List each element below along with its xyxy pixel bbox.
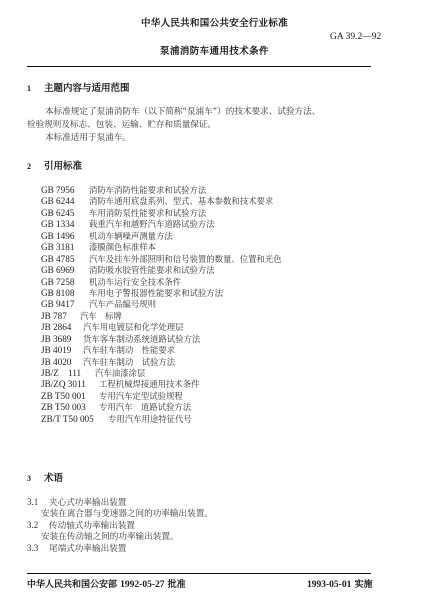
section-number: 1 (27, 84, 44, 93)
reference-code: GB 1334 (41, 219, 89, 230)
reference-code: GB 1496 (41, 231, 89, 242)
reference-code: GB 3181 (41, 242, 89, 253)
effective-label: 实施 (354, 580, 372, 590)
reference-title: 汽车产品编号规则 (89, 299, 156, 309)
reference-item: JB/Z 111汽车油漆涂层 (41, 368, 282, 379)
reference-code: GB 9417 (41, 299, 89, 310)
section-1-heading: 1主题内容与适用范围 (27, 80, 130, 94)
term-heading: 3.1夹心式功率输出装置 (27, 497, 213, 509)
term-number: 3.3 (27, 543, 49, 555)
term-name: 尾端式功率输出装置 (49, 544, 126, 554)
reference-code: GB 6244 (41, 196, 89, 207)
document-title: 泵浦消防车通用技术条件 (0, 43, 429, 57)
reference-item: GB 3181漆膜颜色标准样本 (41, 242, 282, 253)
issuer-title: 中华人民共和国公共安全行业标准 (0, 15, 429, 29)
reference-code: GB 6245 (41, 208, 89, 219)
footer-approval: 中华人民共和国公安部 1992-05-27 批准 (27, 577, 186, 590)
section-title: 术语 (44, 473, 63, 484)
reference-item: JB 4019汽车驻车制动 性能要求 (41, 345, 282, 356)
reference-title: 专用汽车 道路试验方法 (99, 402, 191, 412)
reference-code: ZB T50 003 (41, 402, 99, 413)
reference-title: 消防车消防性能要求和试验方法 (89, 185, 206, 195)
reference-item: GB 9417汽车产品编号规则 (41, 299, 282, 310)
reference-code: JB 787 (41, 311, 80, 322)
reference-item: GB 7258机动车运行安全技术条件 (41, 277, 282, 288)
term-name: 传动轴式功率输出装置 (49, 521, 135, 531)
reference-title: 汽车及挂车外部照明和信号装置的数量、位置和光色 (89, 254, 282, 264)
reference-item: GB 1496机动车辆噪声测量方法 (41, 231, 282, 242)
term-heading: 3.2传动轴式功率输出装置 (27, 520, 213, 532)
reference-title: 汽车 标牌 (80, 311, 122, 321)
reference-item: GB 6245车用消防泵性能要求和试验方法 (41, 208, 282, 219)
reference-item: ZB/T T50 005专用汽车用途特征代号 (41, 414, 282, 425)
term-number: 3.1 (27, 497, 49, 509)
reference-code: GB 7258 (41, 277, 89, 288)
term-definition: 安装在传动轴之间的功率输出装置。 (27, 532, 213, 544)
reference-title: 机动车运行安全技术条件 (89, 277, 181, 287)
reference-title: 消防吸水胶管性能要求和试验方法 (89, 265, 215, 275)
reference-item: GB 4785汽车及挂车外部照明和信号装置的数量、位置和光色 (41, 254, 282, 265)
term-number: 3.2 (27, 520, 49, 532)
reference-title: 漆膜颜色标准样本 (89, 242, 156, 252)
reference-item: JB 3689货车客车制动系统道路试验方法 (41, 334, 282, 345)
reference-item: JB 2864汽车用电镀层和化学处理层 (41, 322, 282, 333)
reference-title: 专用汽车定型试验规程 (99, 391, 183, 401)
reference-title: 车用消防泵性能要求和试验方法 (89, 208, 206, 218)
reference-item: GB 1334载重汽车和越野汽车道路试验方法 (41, 219, 282, 230)
reference-title: 货车客车制动系统道路试验方法 (83, 334, 200, 344)
approved-date: 1992-05-27 (120, 580, 164, 590)
section-3-heading: 3术语 (27, 470, 63, 484)
reference-item: GB 6969消防吸水胶管性能要求和试验方法 (41, 265, 282, 276)
reference-code: JB 3689 (41, 334, 83, 345)
reference-code: ZB/T T50 005 (41, 414, 108, 425)
reference-code: JB 4019 (41, 345, 83, 356)
reference-item: GB 7956消防车消防性能要求和试验方法 (41, 185, 282, 196)
reference-title: 汽车驻车制动 性能要求 (83, 345, 175, 355)
reference-code: ZB T50 001 (41, 391, 99, 402)
reference-list: GB 7956消防车消防性能要求和试验方法 GB 6244消防车通用底盘系列、型… (41, 185, 282, 425)
reference-title: 载重汽车和越野汽车道路试验方法 (89, 219, 215, 229)
section-title: 主题内容与适用范围 (44, 83, 130, 94)
term-name: 夹心式功率输出装置 (49, 498, 126, 508)
section-number: 3 (27, 474, 44, 483)
reference-title: 车用电子警报器性能要求和试验方法 (89, 288, 223, 298)
approved-label: 批准 (168, 580, 186, 590)
reference-title: 汽车驻车制动 试验方法 (83, 357, 175, 367)
section-title: 引用标准 (44, 161, 82, 172)
reference-item: GB 6244消防车通用底盘系列、型式、基本参数和技术要求 (41, 196, 282, 207)
section-1-paragraph-line-2: 检验规则及标志、包装、运输、贮存和质量保证。 (27, 118, 216, 130)
reference-code: GB 4785 (41, 254, 89, 265)
reference-code: JB 4020 (41, 357, 83, 368)
footer-divider (27, 573, 371, 574)
reference-code: JB/Z 111 (41, 368, 95, 379)
reference-title: 汽车用电镀层和化学处理层 (83, 322, 184, 332)
term-list: 3.1夹心式功率输出装置 安装在离合器与变速器之间的功率输出装置。 3.2传动轴… (27, 497, 213, 555)
reference-code: GB 8108 (41, 288, 89, 299)
section-2-heading: 2引用标准 (27, 158, 82, 172)
reference-item: ZB T50 003专用汽车 道路试验方法 (41, 402, 282, 413)
reference-item: JB 787汽车 标牌 (41, 311, 282, 322)
issuer-name: 中华人民共和国公安部 (27, 580, 117, 590)
section-number: 2 (27, 162, 44, 171)
reference-code: JB 2864 (41, 322, 83, 333)
reference-title: 专用汽车用途特征代号 (108, 414, 192, 424)
reference-code: JB/ZQ 3011 (41, 379, 99, 390)
section-1-paragraph-line-3: 本标准适用于泵浦车。 (45, 131, 131, 143)
term-definition: 安装在离合器与变速器之间的功率输出装置。 (27, 509, 213, 521)
reference-item: JB 4020汽车驻车制动 试验方法 (41, 357, 282, 368)
header-divider (27, 66, 371, 67)
section-1-paragraph-line-1: 本标准规定了泵浦消防车（以下简称“泵浦车”）的技术要求、试验方法、 (45, 105, 320, 117)
footer-effective: 1993-05-01 实施 (307, 577, 372, 590)
reference-code: GB 6969 (41, 265, 89, 276)
effective-date: 1993-05-01 (307, 580, 351, 590)
reference-title: 机动车辆噪声测量方法 (89, 231, 173, 241)
term-heading: 3.3尾端式功率输出装置 (27, 543, 213, 555)
reference-title: 工程机械焊接通用技术条件 (99, 379, 200, 389)
reference-item: JB/ZQ 3011工程机械焊接通用技术条件 (41, 379, 282, 390)
reference-title: 汽车油漆涂层 (95, 368, 145, 378)
reference-item: ZB T50 001专用汽车定型试验规程 (41, 391, 282, 402)
reference-code: GB 7956 (41, 185, 89, 196)
reference-title: 消防车通用底盘系列、型式、基本参数和技术要求 (89, 196, 273, 206)
standard-code: GA 39.2—92 (330, 32, 381, 42)
reference-item: GB 8108车用电子警报器性能要求和试验方法 (41, 288, 282, 299)
